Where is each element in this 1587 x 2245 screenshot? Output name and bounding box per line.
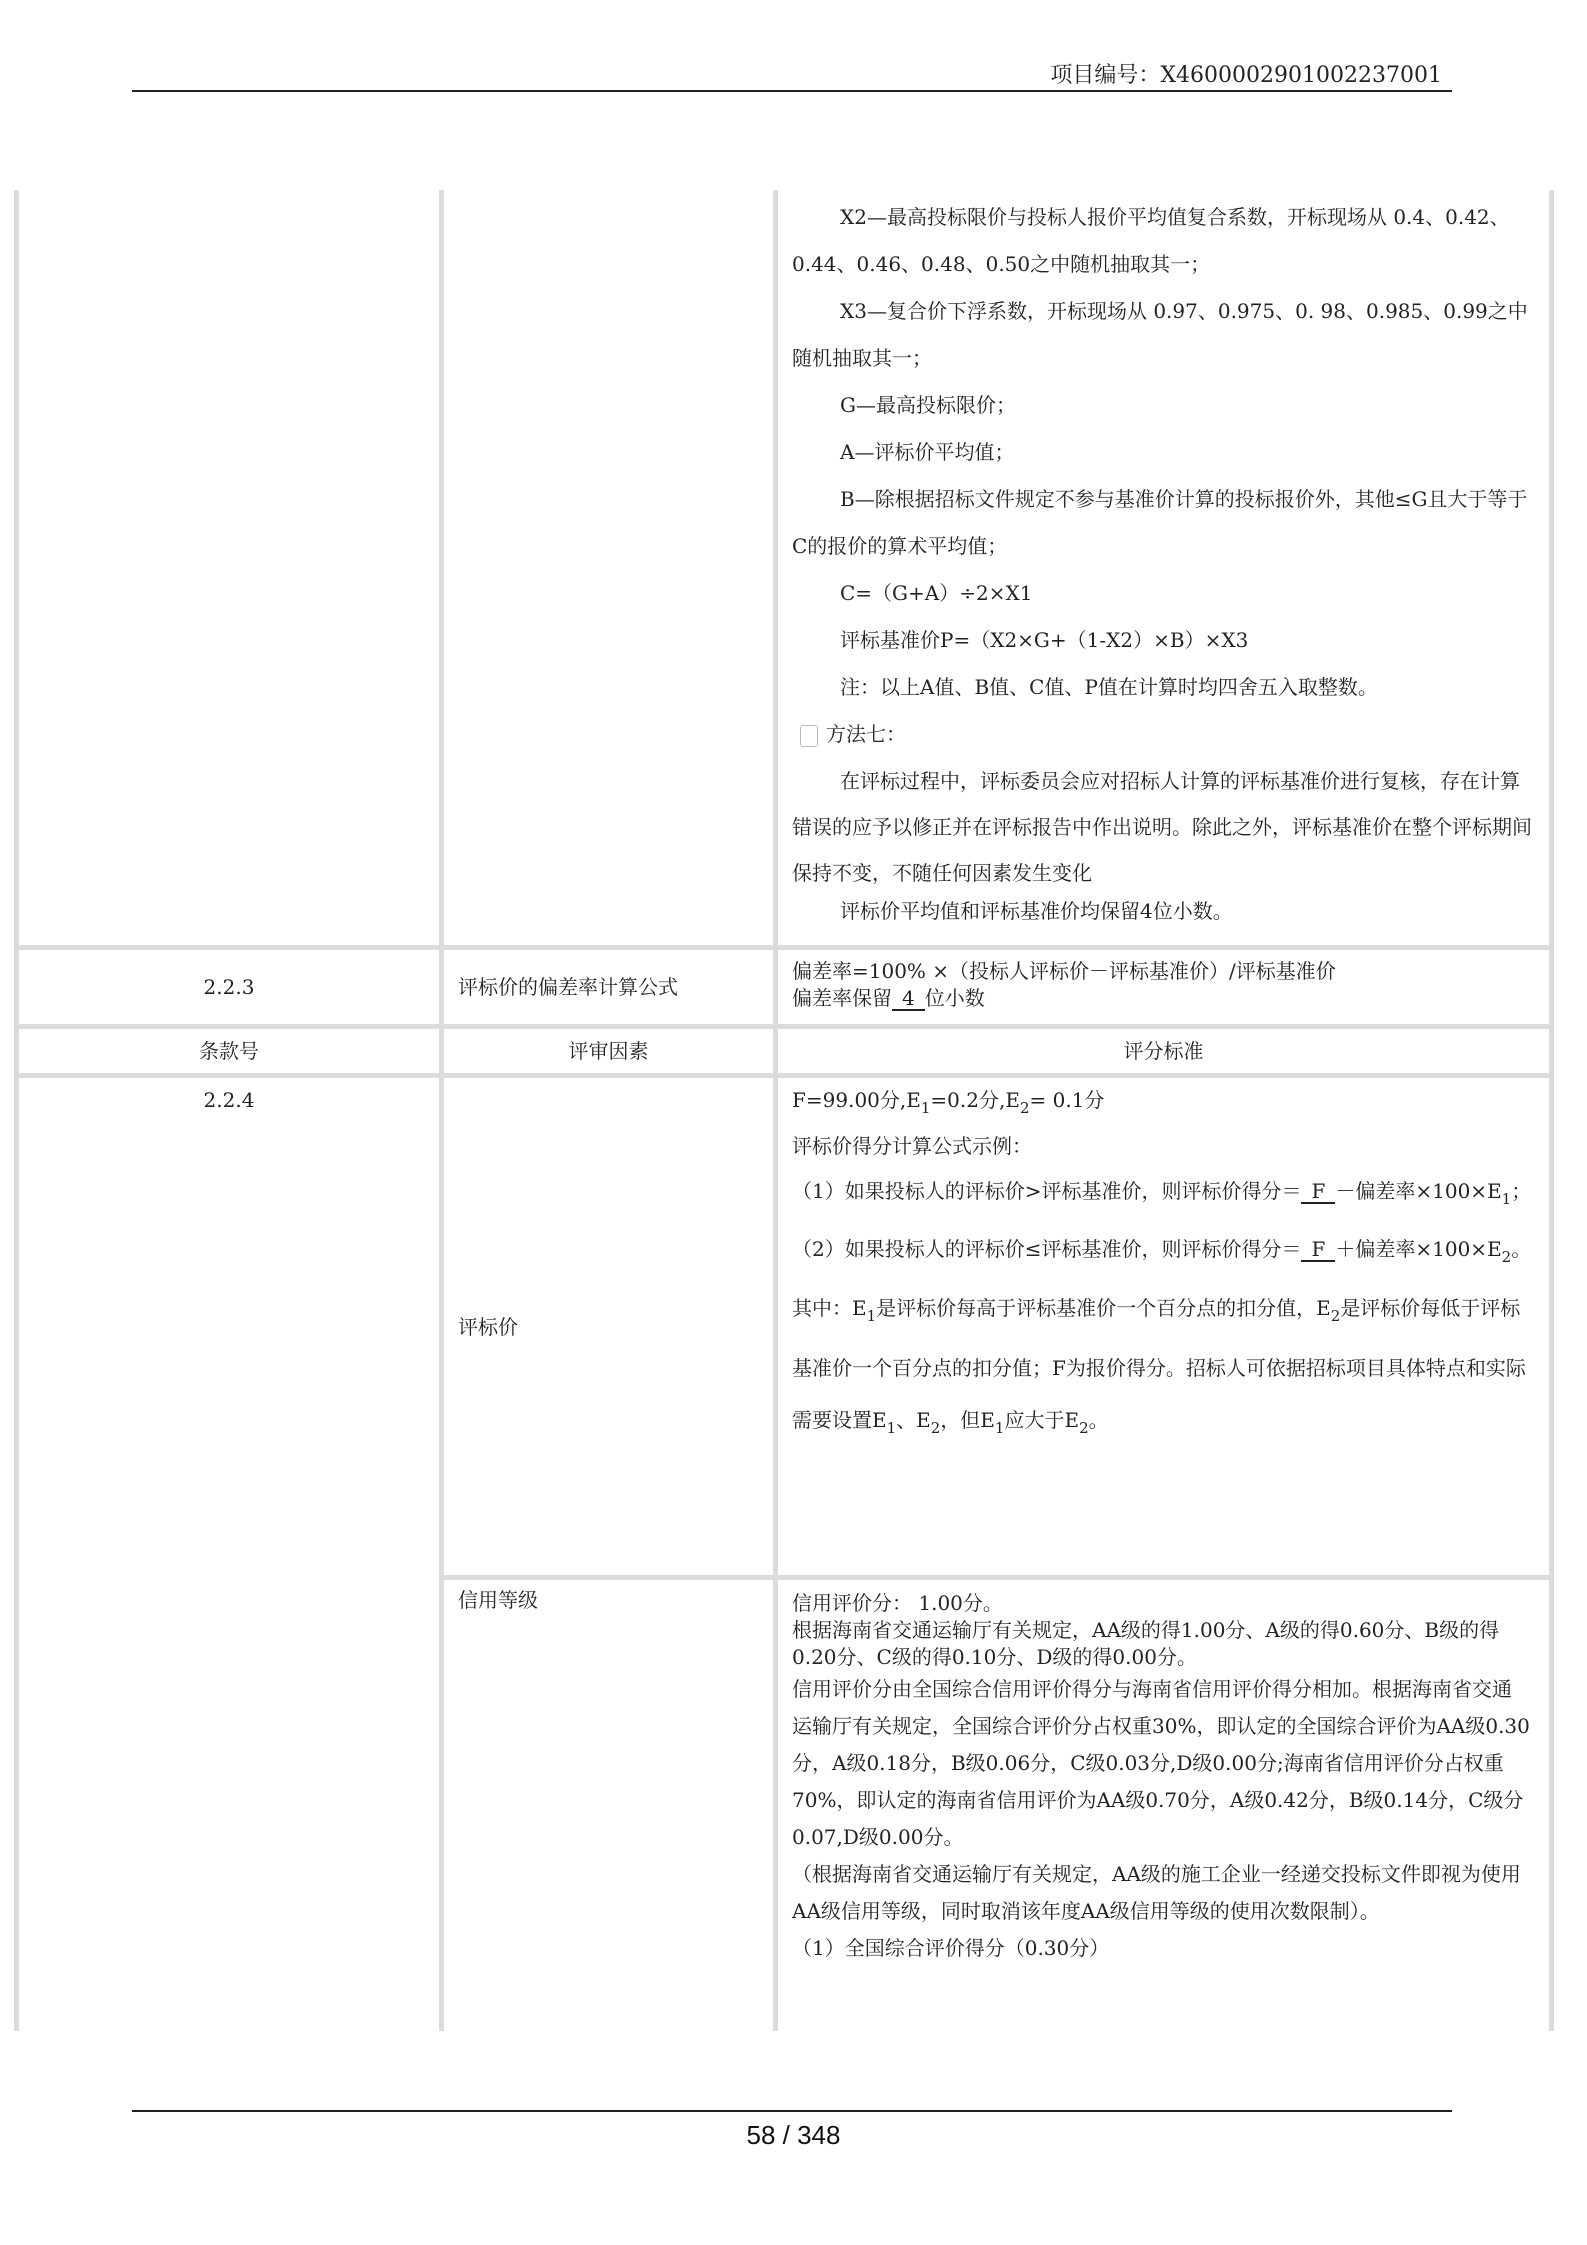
price-note: 其中：E1是评标价每高于评标基准价一个百分点的扣分值，E2是评标价每低于评标基准… xyxy=(792,1282,1535,1454)
credit-score: 信用评价分： 1.00分。 xyxy=(792,1590,1535,1617)
case-2-end: 。 xyxy=(1511,1237,1531,1261)
table-row-continued: X2—最高投标限价与投标人报价平均值复合系数，开标现场从 0.4、0.42、0.… xyxy=(14,190,1554,950)
review-factor: 评标价的偏差率计算公式 xyxy=(439,950,773,1024)
paragraph-g: G—最高投标限价； xyxy=(792,382,1535,429)
credit-weight: 信用评价分由全国综合信用评价得分与海南省信用评价得分相加。根据海南省交通 运输厅… xyxy=(792,1671,1535,1856)
case-1-blank: F xyxy=(1301,1180,1335,1204)
header-scoring-criteria: 评分标准 xyxy=(773,1029,1554,1073)
case-2-suffix: ＋偏差率×100×E xyxy=(1335,1237,1501,1261)
note-b: 是评标价每高于评标基准价一个百分点的扣分值，E xyxy=(876,1296,1331,1320)
note-a-sub: 1 xyxy=(867,1307,877,1325)
case-1: （1）如果投标人的评标价>评标基准价，则评标价得分＝F－偏差率×100×E1； xyxy=(792,1166,1535,1224)
sub-row-credit: 信用等级 信用评价分： 1.00分。 根据海南省交通运输厅有关规定，AA级的得1… xyxy=(439,1580,1554,2031)
example-title: 评标价得分计算公式示例： xyxy=(792,1126,1535,1166)
method-seven-option[interactable]: 方法七： xyxy=(744,711,1535,758)
header-clause-number: 条款号 xyxy=(14,1029,439,1073)
note-d: 、E xyxy=(896,1408,931,1432)
case-2-blank: F xyxy=(1301,1238,1335,1262)
criteria-price: F=99.00分,E1=0.2分,E2= 0.1分 评标价得分计算公式示例： （… xyxy=(773,1078,1554,1575)
note-g: 。 xyxy=(1089,1408,1109,1432)
footer-divider xyxy=(132,2110,1452,2112)
note-c-sub: 1 xyxy=(887,1419,897,1437)
note-a: 其中：E xyxy=(792,1296,867,1320)
case-1-end: ； xyxy=(1511,1179,1531,1203)
cell-factor-empty xyxy=(439,190,773,945)
factor-credit: 信用等级 xyxy=(439,1580,773,2031)
param-e1: =0.2分,E xyxy=(930,1088,1020,1112)
table-row-2-2-3: 2.2.3 评标价的偏差率计算公式 偏差率=100% ×（投标人评标价－评标基准… xyxy=(14,950,1554,1029)
page-number: 58 / 348 xyxy=(0,2120,1587,2151)
method-seven-paragraph: 在评标过程中，评标委员会应对招标人计算的评标基准价进行复核，存在计算错误的应予以… xyxy=(792,758,1535,896)
table-header-row: 条款号 评审因素 评分标准 xyxy=(14,1029,1554,1078)
note-b-sub: 2 xyxy=(1331,1307,1341,1325)
case-2: （2）如果投标人的评标价≤评标基准价，则评标价得分＝F＋偏差率×100×E2。 xyxy=(792,1224,1535,1282)
note-d-sub: 2 xyxy=(931,1419,941,1437)
review-factor-label: 评标价的偏差率计算公式 xyxy=(458,973,678,1001)
credit-aa-note: （根据海南省交通运输厅有关规定，AA级的施工企业一经递交投标文件即视为使用AA级… xyxy=(792,1856,1535,1930)
paragraph-a: A—评标价平均值； xyxy=(792,429,1535,476)
credit-grades: 根据海南省交通运输厅有关规定，AA级的得1.00分、A级的得0.60分、B级的得… xyxy=(792,1617,1535,1671)
scoring-table: X2—最高投标限价与投标人报价平均值复合系数，开标现场从 0.4、0.42、0.… xyxy=(14,190,1554,2031)
clause-number-cell: 2.2.4 xyxy=(14,1078,439,2031)
cell-criteria-continued: X2—最高投标限价与投标人报价平均值复合系数，开标现场从 0.4、0.42、0.… xyxy=(773,190,1554,945)
criteria-credit: 信用评价分： 1.00分。 根据海南省交通运输厅有关规定，AA级的得1.00分、… xyxy=(773,1580,1554,2031)
decimals-suffix: 位小数 xyxy=(925,986,985,1010)
factor-price-label: 评标价 xyxy=(458,1313,518,1341)
case-1-prefix: （1）如果投标人的评标价>评标基准价，则评标价得分＝ xyxy=(792,1179,1301,1203)
case-2-prefix: （2）如果投标人的评标价≤评标基准价，则评标价得分＝ xyxy=(792,1237,1301,1261)
paragraph-b: B—除根据招标文件规定不参与基准价计算的投标报价外，其他≤G且大于等于C的报价的… xyxy=(792,476,1535,570)
sub-1: 1 xyxy=(921,1099,931,1117)
note-f-sub: 2 xyxy=(1079,1419,1089,1437)
param-e2: = 0.1分 xyxy=(1029,1088,1104,1112)
case-2-sub: 2 xyxy=(1502,1248,1512,1266)
header-review-factor: 评审因素 xyxy=(439,1029,773,1073)
paragraph-x2: X2—最高投标限价与投标人报价平均值复合系数，开标现场从 0.4、0.42、0.… xyxy=(792,194,1535,288)
project-number: 项目编号：X4600002901002237001 xyxy=(1050,58,1442,89)
deviation-decimals: 偏差率保留4位小数 xyxy=(792,985,1535,1012)
formula-p: 评标基准价P=（X2×G+（1-X2）×B）×X3 xyxy=(792,617,1535,664)
decimals-prefix: 偏差率保留 xyxy=(792,986,892,1010)
deviation-formula: 偏差率=100% ×（投标人评标价－评标基准价）/评标基准价 xyxy=(792,958,1535,985)
decimals-value: 4 xyxy=(892,987,925,1011)
scoring-criteria: 偏差率=100% ×（投标人评标价－评标基准价）/评标基准价 偏差率保留4位小数 xyxy=(773,950,1554,1024)
paragraph-x3: X3—复合价下浮系数，开标现场从 0.97、0.975、0. 98、0.985、… xyxy=(792,288,1535,382)
factor-price: 评标价 xyxy=(439,1078,773,1575)
decimal-note: 评标价平均值和评标基准价均保留4位小数。 xyxy=(792,896,1535,926)
sub-row-price: 评标价 F=99.00分,E1=0.2分,E2= 0.1分 评标价得分计算公式示… xyxy=(439,1078,1554,1580)
clause-number: 2.2.4 xyxy=(204,1088,255,1112)
cell-clause-empty xyxy=(14,190,439,945)
clause-number: 2.2.3 xyxy=(14,950,439,1024)
rounding-note: 注：以上A值、B值、C值、P值在计算时均四舍五入取整数。 xyxy=(792,664,1535,711)
note-f: 应大于E xyxy=(1004,1408,1079,1432)
formula-c: C=（G+A）÷2×X1 xyxy=(792,570,1535,617)
case-1-sub: 1 xyxy=(1502,1190,1512,1208)
case-1-suffix: －偏差率×100×E xyxy=(1335,1179,1501,1203)
method-seven-checkbox[interactable] xyxy=(800,725,818,747)
factor-credit-label: 信用等级 xyxy=(458,1588,538,1612)
note-e: ，但E xyxy=(940,1408,995,1432)
credit-item-1: （1）全国综合评价得分（0.30分） xyxy=(792,1930,1535,1967)
param-f: F=99.00分,E xyxy=(792,1088,921,1112)
page-header: 项目编号：X4600002901002237001 xyxy=(132,56,1452,92)
table-row-2-2-4: 2.2.4 评标价 F=99.00分,E1=0.2分,E2= 0.1分 评标价得… xyxy=(14,1078,1554,2031)
price-params: F=99.00分,E1=0.2分,E2= 0.1分 xyxy=(792,1082,1535,1126)
method-seven-label: 方法七： xyxy=(826,722,906,746)
